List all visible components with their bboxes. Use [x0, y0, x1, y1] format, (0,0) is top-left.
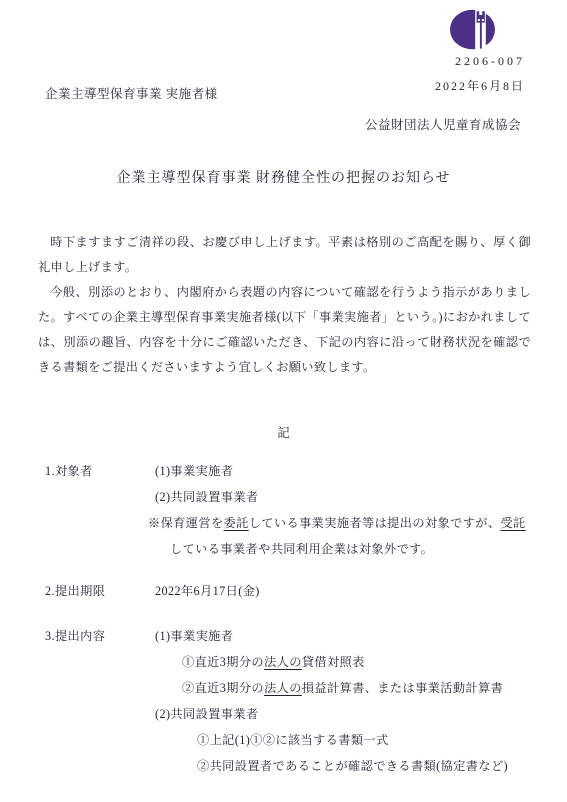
section-1-remark-line-1: ※保育運営を委託している事業実施者等は提出の対象ですが、受託: [38, 510, 549, 536]
section-1-label: 1.対象者: [38, 458, 155, 484]
sub-item-text: ②直近3期分の: [182, 681, 264, 695]
remark-text: している事業実施者等は提出の対象ですが、: [249, 516, 501, 530]
document-issue-date: 2022年6月8日: [435, 77, 525, 94]
main-paragraph: 今般、別添のとおり、内閣府から表題の内容について確認を行うよう指示がありました。…: [38, 280, 531, 380]
document-number: 2206-007: [455, 54, 525, 69]
section-3-item-1: (1)事業実施者: [155, 629, 233, 643]
section-3-item-2: (2)共同設置事業者: [38, 701, 549, 727]
addressee: 企業主導型保育事業 実施者様: [45, 84, 218, 102]
remark-underlined-itaku: 委託: [224, 516, 249, 530]
document-page: 2206-007 2022年6月8日 企業主導型保育事業 実施者様 公益財団法人…: [0, 0, 567, 802]
section-3-number: 3.: [45, 629, 55, 643]
record-marker: 記: [0, 423, 567, 441]
remark-underlined-jutaku: 受託: [500, 516, 525, 530]
section-2-number: 2.: [45, 584, 55, 598]
section-3-title: 提出内容: [55, 629, 105, 643]
sub-item-text: ①直近3期分の: [182, 655, 264, 669]
section-1-remark-line-2: している事業者や共同利用企業は対象外です。: [38, 536, 549, 562]
section-3-sub-item-3: ①上記(1)①②に該当する書類一式: [38, 727, 549, 753]
sub-item-underlined-hojin: 法人の: [264, 681, 302, 695]
section-1-row: 1.対象者(1)事業実施者: [38, 458, 549, 484]
section-2-label: 2.提出期限: [38, 578, 155, 604]
section-3-label: 3.提出内容: [38, 623, 155, 649]
greeting-paragraph: 時下ますますご清祥の段、お慶び申し上げます。平素は格別のご高配を賜り、厚く御礼申…: [38, 230, 531, 280]
section-1-item-1: (1)事業実施者: [155, 464, 233, 478]
section-1-title: 対象者: [55, 464, 93, 478]
remark-text: 保育運営を: [161, 516, 224, 530]
organization-logo-icon: [450, 9, 497, 50]
deadline-date: 2022年6月17日(金): [155, 584, 260, 598]
section-3-row: 3.提出内容(1)事業実施者: [38, 623, 549, 649]
sub-item-text: 貸借対照表: [302, 655, 365, 669]
child-figure-logo-icon: [450, 9, 497, 50]
sender-organization: 公益財団法人児童育成協会: [365, 115, 521, 133]
section-3-sub-item-1: ①直近3期分の法人の貸借対照表: [38, 649, 549, 675]
section-1-number: 1.: [45, 464, 55, 478]
section-3-sub-item-2: ②直近3期分の法人の損益計算書、または事業活動計算書: [38, 675, 549, 701]
section-3-sub-item-4: ②共同設置者であることが確認できる書類(協定書など): [38, 753, 549, 779]
remark-marker: ※: [148, 516, 161, 530]
document-title: 企業主導型保育事業 財務健全性の把握のお知らせ: [0, 167, 567, 187]
section-2-row: 2.提出期限2022年6月17日(金): [38, 578, 549, 604]
section-1-item-2: (2)共同設置事業者: [38, 484, 549, 510]
sub-item-underlined-hojin: 法人の: [264, 655, 302, 669]
sub-item-text: 損益計算書、または事業活動計算書: [302, 681, 503, 695]
outline-list: 1.対象者(1)事業実施者 (2)共同設置事業者 ※保育運営を委託している事業実…: [38, 458, 549, 779]
section-2-title: 提出期限: [55, 584, 105, 598]
body-text: 時下ますますご清祥の段、お慶び申し上げます。平素は格別のご高配を賜り、厚く御礼申…: [38, 230, 531, 380]
